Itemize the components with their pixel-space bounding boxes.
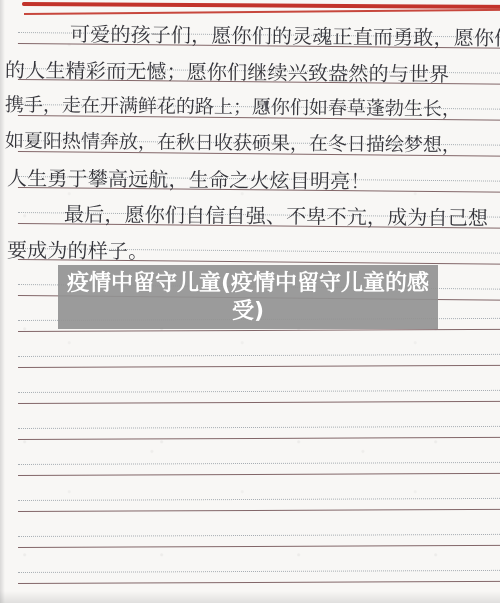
left-edge-shadow (0, 0, 5, 603)
handwritten-line: 可爱的孩子们，愿你们的灵魂正直而勇敢，愿你们 (70, 18, 500, 51)
ruled-line (18, 390, 500, 404)
ruled-line (18, 462, 500, 476)
ruled-line (18, 570, 500, 584)
handwritten-line: 人生勇于攀高远航，生命之火炫目明亮！ (7, 162, 371, 194)
ruled-line (18, 498, 500, 512)
ruled-line (18, 426, 500, 440)
handwritten-line: 要成为的样子。 (7, 234, 149, 264)
ruled-line (18, 534, 500, 548)
header-rule-thin (24, 9, 500, 15)
notebook-photo: 可爱的孩子们，愿你们的灵魂正直而勇敢，愿你们 的人生精彩而无憾；愿你们继续兴致盎… (0, 0, 500, 603)
bottom-edge-shadow (0, 591, 500, 603)
handwritten-line: 携手，走在开满鲜花的路上；愿你们如春草蓬勃生长， (5, 90, 461, 121)
ink-smudge (259, 101, 274, 111)
handwritten-line: 最后，愿你们自信自强、不卑不亢，成为自己想 (64, 198, 488, 231)
ruled-line (18, 354, 500, 368)
handwritten-line: 如夏阳热情奔放，在秋日收获硕果，在冬日描绘梦想， (5, 126, 461, 157)
page-title: 疫情中留守儿童(疫情中留守儿童的感受) (63, 270, 433, 325)
title-banner: 疫情中留守儿童(疫情中留守儿童的感受) (58, 265, 438, 329)
handwritten-line: 的人生精彩而无憾；愿你们继续兴致盎然的与世界 (5, 54, 450, 87)
header-rule-thick (22, 2, 500, 9)
